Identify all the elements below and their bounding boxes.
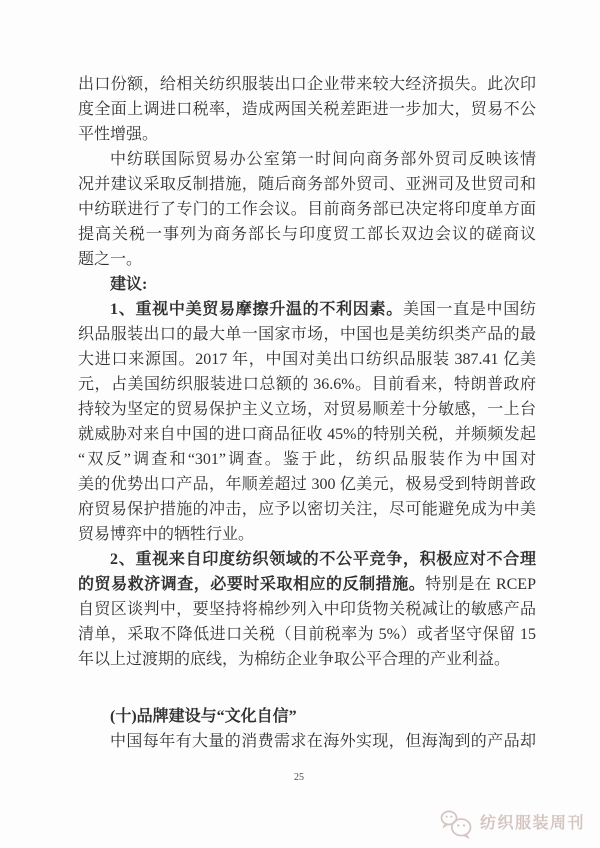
text-segment: 持较为坚定的贸易保护主义立场，对贸易顺差十分敏感，一上台 [78, 401, 536, 418]
text-line: 贸易博弈中的牺牲行业。 [78, 522, 536, 547]
text-segment: 2、重视来自印度纺织领域的不公平竞争，积极应对不合理 [110, 551, 536, 568]
text-line: 美的优势出口产品，年顺差超过 300 亿美元，极易受到特朗普政 [78, 472, 536, 497]
text-segment: 美国一直是中国纺 [403, 301, 536, 318]
document-body: 出口份额，给相关纺织服装出口企业带来较大经济损失。此次印度全面上调进口税率，造成… [78, 72, 536, 754]
text-segment: 自贸区谈判中，要坚持将棉纱列入中印货物关税减让的敏感产品 [78, 601, 536, 618]
text-line: 的贸易救济调查，必要时采取相应的反制措施。特别是在 RCEP [78, 572, 536, 597]
text-line: “双反”调查和“301”调查。鉴于此，纺织品服装作为中国对 [78, 447, 536, 472]
text-line: 中纺联进行了专门的工作会议。目前商务部已决定将印度单方面 [78, 197, 536, 222]
text-line: 持较为坚定的贸易保护主义立场，对贸易顺差十分敏感，一上台 [78, 397, 536, 422]
text-segment: 美的优势出口产品，年顺差超过 300 亿美元，极易受到特朗普政 [78, 476, 536, 493]
text-segment: 提高关税一事列为商务部长与印度贸工部长双边会议的磋商议 [78, 226, 536, 243]
text-segment: 元，占美国纺织服装进口总额的 36.6%。目前看来，特朗普政府 [78, 376, 536, 393]
text-segment: 度全面上调进口税率，造成两国关税差距进一步加大，贸易不公 [78, 101, 536, 118]
text-segment: 年以上过渡期的底线，为棉纺企业争取公平合理的产业利益。 [78, 651, 510, 668]
text-line: 府贸易保护措施的冲击，应予以密切关注，尽可能避免成为中美 [78, 497, 536, 522]
text-line: 就威胁对来自中国的进口商品征收 45%的特别关税，并频频发起 [78, 422, 536, 447]
text-segment: 题之一。 [78, 251, 142, 268]
text-line: 题之一。 [78, 247, 536, 272]
text-line: 中纺联国际贸易办公室第一时间向商务部外贸司反映该情 [78, 147, 536, 172]
text-line: 况并建议采取反制措施，随后商务部外贸司、亚洲司及世贸司和 [78, 172, 536, 197]
text-segment: 贸易博弈中的牺牲行业。 [78, 526, 254, 543]
text-segment: 1、重视中美贸易摩擦升温的不利因素。 [110, 301, 403, 318]
text-line: 2、重视来自印度纺织领域的不公平竞争，积极应对不合理 [78, 547, 536, 572]
watermark-label: 纺织服装周刊 [480, 809, 585, 839]
text-line: 度全面上调进口税率，造成两国关税差距进一步加大，贸易不公 [78, 97, 536, 122]
text-line: 年以上过渡期的底线，为棉纺企业争取公平合理的产业利益。 [78, 647, 536, 672]
text-line: 建议: [78, 272, 536, 297]
journal-watermark: 纺织服装周刊 [439, 809, 585, 839]
text-segment: (十)品牌建设与“文化自信” [110, 708, 297, 725]
text-segment: 清单，采取不降低进口关税（目前税率为 5%）或者坚守保留 15 [78, 626, 536, 643]
text-line: 提高关税一事列为商务部长与印度贸工部长双边会议的磋商议 [78, 222, 536, 247]
text-line: 1、重视中美贸易摩擦升温的不利因素。美国一直是中国纺 [78, 297, 536, 322]
text-line: 元，占美国纺织服装进口总额的 36.6%。目前看来，特朗普政府 [78, 372, 536, 397]
text-line: 大进口来源国。2017 年，中国对美出口纺织品服装 387.41 亿美 [78, 347, 536, 372]
text-segment: 中国每年有大量的消费需求在海外实现，但海淘到的产品却 [110, 733, 536, 750]
document-page: 出口份额，给相关纺织服装出口企业带来较大经济损失。此次印度全面上调进口税率，造成… [0, 0, 600, 848]
text-segment: 中纺联进行了专门的工作会议。目前商务部已决定将印度单方面 [78, 201, 536, 218]
text-line: 出口份额，给相关纺织服装出口企业带来较大经济损失。此次印 [78, 72, 536, 97]
text-segment: 出口份额，给相关纺织服装出口企业带来较大经济损失。此次印 [78, 76, 536, 93]
text-segment: “双反”调查和“301”调查。鉴于此，纺织品服装作为中国对 [78, 451, 536, 468]
text-segment: 况并建议采取反制措施，随后商务部外贸司、亚洲司及世贸司和 [78, 176, 536, 193]
text-line: 自贸区谈判中，要坚持将棉纱列入中印货物关税减让的敏感产品 [78, 597, 536, 622]
text-segment: 府贸易保护措施的冲击，应予以密切关注，尽可能避免成为中美 [78, 501, 536, 518]
text-line: 清单，采取不降低进口关税（目前税率为 5%）或者坚守保留 15 [78, 622, 536, 647]
text-segment: 的贸易救济调查，必要时采取相应的反制措施。 [78, 576, 425, 593]
wechat-icon [439, 809, 473, 839]
page-number: 25 [0, 772, 598, 784]
text-line: 平性增强。 [78, 122, 536, 147]
text-segment: 就威胁对来自中国的进口商品征收 45%的特别关税，并频频发起 [78, 426, 536, 443]
text-line: 中国每年有大量的消费需求在海外实现，但海淘到的产品却 [78, 729, 536, 754]
text-segment: 织品服装出口的最大单一国家市场，中国也是美纺织类产品的最 [78, 326, 536, 343]
text-segment: 平性增强。 [78, 126, 158, 143]
text-segment: 大进口来源国。2017 年，中国对美出口纺织品服装 387.41 亿美 [78, 351, 536, 368]
text-line: 织品服装出口的最大单一国家市场，中国也是美纺织类产品的最 [78, 322, 536, 347]
text-segment: 中纺联国际贸易办公室第一时间向商务部外贸司反映该情 [110, 151, 536, 168]
text-segment: 建议: [110, 276, 147, 293]
text-segment: 特别是在 RCEP [425, 576, 536, 593]
text-line: (十)品牌建设与“文化自信” [78, 704, 536, 729]
